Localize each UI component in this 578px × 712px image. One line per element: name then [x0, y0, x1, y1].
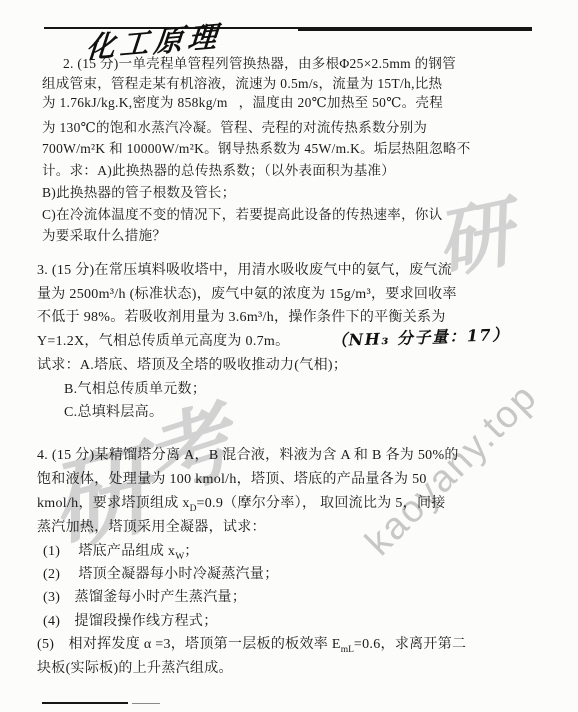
scanned-exam-page: 考 研 研 kaoyany.top 化工原理 2. (15 分)一单壳程单管程列… [0, 0, 578, 712]
q4-line-5-text: (1) 塔底产品组成 x [43, 544, 175, 559]
q3-line-7: C.总填料层高。 [64, 404, 163, 421]
q4-line-3-text: =0.9（摩尔分率）， 取回流比为 5，间接 [197, 496, 446, 511]
q2-line-5: 700W/m²K 和 10000W/m²K。钢导热系数为 45W/m.K。垢层热… [42, 140, 471, 157]
q3-line-3: 不低于 98%。若吸收剂用量为 3.6m³/h，操作条件下的平衡关系为 [37, 309, 446, 326]
q2-line-6: 计。求：A)此换热器的总传热系数；（以外表面积为基准） [42, 162, 395, 179]
q4-line-7: (3) 蒸馏釜每小时产生蒸汽量； [43, 589, 246, 606]
q4-line-3-subscript: D [190, 504, 197, 514]
q4-line-9-text: =0.6，求离开第二 [354, 637, 466, 652]
q3-line-1: 3. (15 分)在常压填料吸收塔中，用清水吸收废气中的氨气，废气流 [37, 262, 452, 279]
q4-line-4: 蒸汽加热，塔顶采用全凝器，试求： [37, 519, 266, 536]
q4-line-1: 4. (15 分)某精馏塔分离 A，B 混合液，料液为含 A 和 B 各为 50… [37, 447, 459, 464]
q4-line-5-text: ； [184, 544, 198, 559]
top-rule-overscan [298, 29, 532, 31]
q4-line-3-text: kmol/h，要求塔顶组成 x [37, 496, 190, 511]
q4-line-8: (4) 提馏段操作线方程式； [43, 613, 218, 630]
q3-line-4: Y=1.2X，气相总传质单元高度为 0.7m。 [37, 333, 289, 350]
q4-line-9-text: (5) 相对挥发度 α =3，塔顶第一层板的板效率 E [37, 637, 341, 652]
q3-line-5: 试求：A.塔底、塔顶及全塔的吸收推动力(气相)； [37, 357, 347, 374]
q4-line-9-subscript: mL [341, 645, 354, 655]
q4-line-5: (1) 塔底产品组成 xW； [43, 543, 199, 560]
q3-line-6: B.气相总传质单元数； [64, 381, 206, 398]
watermark-site-text: kaoyany.top [358, 376, 547, 565]
q4-line-5-subscript: W [175, 552, 184, 562]
q4-line-3: kmol/h，要求塔顶组成 xD=0.9（摩尔分率）， 取回流比为 5，间接 [37, 495, 446, 512]
q3-line-2: 量为 2500m³/h (标准状态)，废气中氨的浓度为 15g/m³，要求回收率 [37, 286, 457, 303]
q4-line-2: 饱和液体，处理量为 100 kmol/h，塔顶、塔底的产品量各为 50 [37, 471, 427, 488]
q4-line-6: (2) 塔顶全凝器每小时冷凝蒸汽量； [43, 566, 279, 583]
q2-line-9: 为要采取什么措施？ [42, 227, 166, 244]
q2-line-7: B)此换热器的管子根数及管长； [42, 184, 236, 201]
q2-line-4: 为 130℃的饱和水蒸汽冷凝。管程、壳程的对流传热系数分别为 [42, 119, 427, 136]
bottom-rule-faint [132, 703, 160, 704]
q4-line-10: 块板(实际板)的上升蒸汽组成。 [37, 660, 233, 677]
bottom-rule [42, 702, 128, 704]
q4-line-9: (5) 相对挥发度 α =3，塔顶第一层板的板效率 EmL=0.6，求离开第二 [37, 636, 466, 653]
q2-line-3: 为 1.76kJ/kg.K,密度为 858kg/m ，温度由 20℃加热至 50… [42, 94, 443, 111]
q2-line-8: C)在冷流体温度不变的情况下，若要提高此设备的传热速率，你认 [42, 206, 443, 223]
q2-line-2: 组成管束，管程走某有机溶液，流速为 0.5m/s，流量为 15T/h,比热 [42, 75, 442, 92]
handwritten-note-nh3: （NH₃ 分子量：17） [331, 322, 510, 351]
